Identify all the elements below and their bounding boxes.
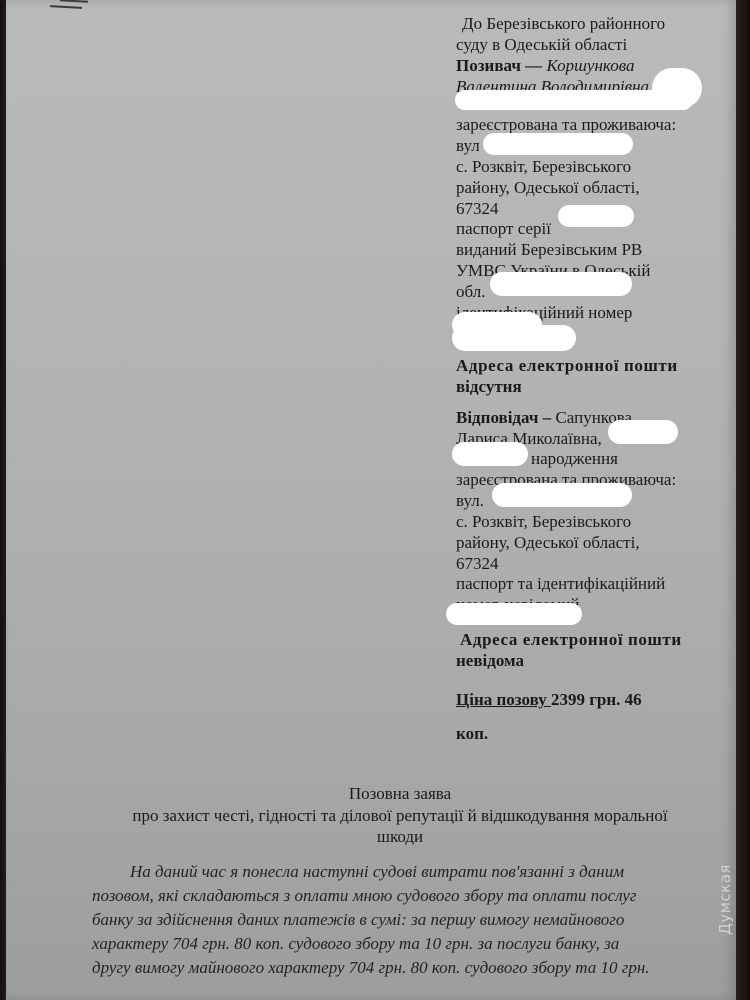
claim-price-value: 2399 грн. 46 [551, 690, 642, 709]
redaction-blob [483, 133, 633, 155]
claim-price-label: Ціна позову [456, 690, 551, 709]
redaction-blob [455, 90, 693, 110]
plaintiff-label: Позивач — [456, 56, 542, 75]
defendant-street: вул. [456, 491, 484, 511]
plaintiff-email-value: відсутня [456, 377, 522, 397]
defendant-village: с. Розквіт, Березівського [456, 512, 631, 532]
defendant-email-value: невідома [456, 651, 524, 671]
body-line: другу вимогу майнового характеру 704 грн… [92, 956, 650, 979]
redaction-blob [608, 420, 678, 444]
redaction-blob [446, 603, 582, 625]
plaintiff-postcode: 67324 [456, 199, 499, 219]
defendant-email-label: Адреса електронної пошти [460, 630, 682, 650]
plaintiff-street: вул [456, 136, 480, 156]
pen-marks [48, 0, 88, 12]
redaction-blob [558, 205, 634, 227]
document-title: Позовна заява [100, 784, 700, 804]
plaintiff-village: с. Розквіт, Березівського [456, 157, 631, 177]
redaction-blob [452, 442, 528, 466]
photo-right-edge [736, 0, 750, 1000]
defendant-district: району, Одеської області, [456, 533, 640, 553]
watermark: Думская [716, 864, 734, 935]
body-line: На даний час я понесла наступні судові в… [130, 860, 624, 883]
plaintiff-registered: зареєстрована та проживаюча: [456, 115, 676, 135]
body-line: банку за здійснення даних платежів в сум… [92, 908, 624, 931]
plaintiff-email-label: Адреса електронної пошти [456, 356, 678, 376]
redaction-blob [490, 272, 632, 296]
claim-price-line: Ціна позову 2399 грн. 46 [456, 690, 642, 710]
defendant-birth: народження [531, 449, 618, 469]
document-subtitle-end: шкоди [100, 827, 700, 847]
defendant-line: Відповідач – Сапункова [456, 408, 632, 428]
plaintiff-district: району, Одеської області, [456, 178, 640, 198]
court-line-1: До Березівського районного [462, 14, 665, 34]
court-line-2: суду в Одеській області [456, 35, 627, 55]
plaintiff-line: Позивач — Коршункова [456, 56, 634, 76]
plaintiff-passport: паспорт серії [456, 219, 551, 239]
defendant-label: Відповідач – [456, 408, 551, 427]
defendant-postcode: 67324 [456, 554, 499, 574]
plaintiff-surname: Коршункова [546, 56, 634, 75]
document-subtitle: про захист честі, гідності та ділової ре… [60, 806, 740, 826]
passport-oblast: обл. [456, 282, 485, 302]
passport-issued-1: виданий Березівським РВ [456, 240, 642, 260]
claim-price-unit: коп. [456, 724, 488, 744]
redaction-blob [492, 483, 632, 507]
defendant-passport-1: паспорт та ідентифікаційний [456, 574, 665, 594]
redaction-blob [452, 325, 576, 351]
body-line: характеру 704 грн. 80 коп. судового збор… [92, 932, 619, 955]
body-line: позовом, які складаються з оплати мною с… [92, 884, 637, 907]
